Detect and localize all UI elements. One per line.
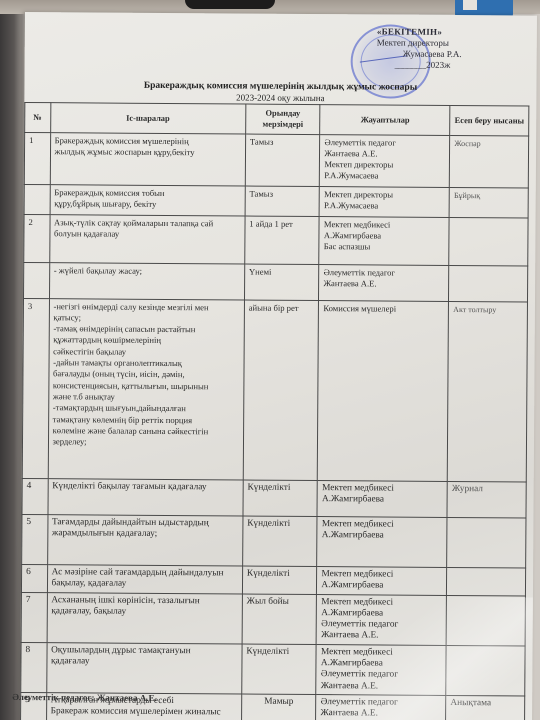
row-activity: Оқушылардың дұрыс тамақтануынқадағалау [46,642,242,694]
row-activity: Ас мәзіріне сай тағамдардың дайындалуынб… [47,564,242,593]
row-activity: Асхананың ішкі көрінісін, тазалығынқадағ… [47,592,243,644]
row-term: Жыл бойы [242,594,317,645]
table-header-row: № Іс-шаралар Орындау мерзімдері Жауаптыл… [25,103,529,136]
row-report-form [447,567,526,596]
row-report-form [449,265,528,302]
responsible-line: Әлеуметтік педагог [324,137,445,149]
row-term: Мамыр [241,694,316,720]
table-row: 3-негізгі өнімдерді салу кезінде мезгілі… [22,298,527,482]
row-activity: Азық-түлік сақтау қоймаларын талапқа сай… [49,214,245,263]
row-report-form [446,595,525,646]
table-row: 5Тағамдарды дайындайтын ыдыстардыңжарамд… [22,514,526,568]
approval-block: «БЕКІТЕМІН» Мектеп директоры Жумасаева Р… [364,26,534,87]
responsible-line: Бас аспазшы [324,241,445,253]
responsible-line: Әлеуметтік педагог [321,669,442,681]
col-activities: Іс-шаралар [50,103,245,134]
row-activity: Тағамдарды дайындайтын ыдыстардыңжарамды… [47,514,243,565]
activity-line: құру,бұйрық шығару, бекіту [54,198,240,211]
responsible-line: Мектеп директоры [324,189,445,201]
responsible-line: Мектеп медбикесі [321,569,442,581]
col-responsible: Жауаптылар [320,105,450,135]
table-row: 6Ас мәзіріне сай тағамдардың дайындалуын… [21,564,525,596]
row-activity: - жүйелі бақылау жасау; [49,262,244,299]
table-row: Бракераждық комиссия тобынқұру,бұйрық шы… [24,184,528,218]
responsible-line: Мектеп медбикесі [321,647,442,659]
row-report-form: Акт толтыру [447,301,527,482]
row-number [24,262,50,298]
row-responsible: Мектеп медбикесіА.Жамгирбаева [317,480,447,517]
row-responsible: Мектеп директорыР.А.Жумасаева [320,186,450,217]
activity-line: жарамдылығын қадағалау; [52,528,238,541]
row-term: Тамыз [245,186,320,217]
activity-line: жылдық жұмыс жоспарын құру,бекіту [55,146,241,159]
row-responsible: Мектеп медбикесіА.Жамгирбаева [317,516,447,567]
responsible-line: Мектеп медбикесі [322,483,443,495]
dark-object [185,0,275,9]
row-responsible: Әлеуметтік педагогЖантаева А.Е.Мектеп ди… [320,134,450,187]
responsible-line: Мектеп медбикесі [322,519,443,531]
table-row: - жүйелі бақылау жасау;ҮнеміӘлеуметтік п… [24,262,528,302]
responsible-line: А.Жамгирбаева [321,608,442,620]
row-report-form [447,517,526,568]
activity-line: бағалауды (оның түсін, иісін, дәмін, [53,369,239,382]
row-number: 7 [21,592,47,642]
responsible-line: Р.А.Жумасаева [324,200,445,212]
responsible-line: Әлеуметтік педагог [324,267,445,279]
row-term: Күнделікті [243,480,318,517]
responsible-line: А.Жамгирбаева [321,580,442,592]
footer-signature: Әлеуметтік педагог: Жантаева А.Е. [12,692,157,703]
approval-position: Мектеп директоры [377,37,462,49]
responsible-line: А.Жамгирбаева [322,494,443,506]
table-row: 2Азық-түлік сақтау қоймаларын талапқа са… [24,214,528,266]
row-number: 8 [21,642,47,692]
col-number: № [25,103,51,133]
document-page: «БЕКІТЕМІН» Мектеп директоры Жумасаева Р… [20,12,537,720]
activity-line: Күнделікті бақылау тағамын қадағалау [52,481,238,494]
row-term: Үнемі [244,264,319,301]
row-activity: Күнделікті бақылау тағамын қадағалау [48,478,243,515]
table-row: 8Оқушылардың дұрыс тамақтануынқадағалауК… [21,642,525,696]
row-number: 3 [22,298,49,478]
responsible-line: Әлеуметтік педагог [321,697,442,709]
row-term: Күнделікті [242,644,317,695]
row-report-form: Жоспар [450,135,529,188]
row-number: 6 [21,564,47,592]
activity-line: зерделеу; [53,436,239,449]
plan-table: № Іс-шаралар Орындау мерзімдері Жауаптыл… [20,102,529,720]
table-row: 1Бракераждық комиссия мүшелерініңжылдық … [24,132,528,188]
responsible-line: Жантаева А.Е. [324,148,445,160]
table-row: 4Күнделікті бақылау тағамын қадағалауКүн… [22,478,526,518]
row-report-form [446,645,525,696]
responsible-line: А.Жамгирбаева [322,530,443,542]
responsible-line: Мектеп медбикесі [321,597,442,609]
row-activity: Бракераждық комиссия мүшелерініңжылдық ж… [50,132,246,185]
row-responsible: Мектеп медбикесіА.ЖамгирбаеваӘлеуметтік … [317,594,447,645]
responsible-line: Р.А.Жумасаева [324,171,445,183]
activity-line: қадағалау [51,656,237,669]
activity-line: -негізгі өнімдерді салу кезінде мезгілі … [53,301,239,314]
row-term: Тамыз [245,134,320,187]
activity-line: Бракераж комиссия мүшелерімен жиналыс [51,706,237,719]
responsible-line: Жантаева А.Е. [321,631,442,643]
row-term: айына бір рет [243,300,319,481]
row-responsible: Мектеп медбикесіА.ЖамгирбаеваБас аспазшы [319,216,449,265]
responsible-line: А.Жамгирбаева [321,658,442,670]
responsible-line: Мектеп директоры [324,159,445,171]
approval-year: _______2023ж [377,59,462,71]
row-term: Күнделікті [242,566,317,595]
row-report-form: Бұйрық [449,187,528,218]
activity-line: бақылау, қадағалау [52,578,238,591]
row-number [24,184,50,214]
row-activity: Бракераждық комиссия тобынқұру,бұйрық шы… [50,184,245,215]
responsible-line: Әлеуметтік педагог [321,619,442,631]
row-term: 1 айда 1 рет [245,216,320,265]
row-report-form: Анықтама [446,695,525,720]
table-row: 7Асхананың ішкі көрінісін, тазалығынқада… [21,592,525,646]
col-term: Орындау мерзімдері [245,104,320,134]
responsible-line: Жантаева А.Е. [321,681,442,693]
row-term: Күнделікті [242,516,317,567]
approval-name: Жумасаева Р.А. [377,48,462,60]
responsible-line: Жантаева А.Е. [320,708,441,720]
row-number: 1 [24,132,50,184]
row-number: 4 [22,478,48,514]
row-responsible: Комиссия мүшелері [318,300,449,481]
row-responsible: Әлеуметтік педагогЖантаева А.Е. [316,695,446,720]
row-responsible: Әлеуметтік педагогЖантаева А.Е. [319,264,449,301]
row-activity: -негізгі өнімдерді салу кезінде мезгілі … [48,298,245,479]
row-responsible: Мектеп медбикесіА.ЖамгирбаеваӘлеуметтік … [316,644,446,695]
row-number: 5 [22,514,48,564]
responsible-line: А.Жамгирбаева [324,230,445,242]
responsible-line: Жантаева А.Е. [323,278,444,290]
row-responsible: Мектеп медбикесіА.Жамгирбаева [317,566,447,595]
approval-org: «БЕКІТЕМІН» [377,26,462,38]
col-report-form: Есеп беру нысаны [450,105,529,135]
activity-line: -тамақтардың шығуын,дайындалған [53,402,239,415]
activity-line: - жүйелі бақылау жасау; [54,265,240,278]
responsible-line: Мектеп медбикесі [324,219,445,231]
responsible-line: Комиссия мүшелері [323,303,444,315]
row-number: 2 [24,214,50,262]
document-header: Бракераждық комиссия мүшелерінің жылдық … [24,80,536,105]
activity-line: қадағалау, бақылау [51,606,237,619]
activity-line: болуын қадағалау [54,228,240,241]
row-report-form: Журнал [447,481,526,518]
row-report-form [449,217,528,266]
